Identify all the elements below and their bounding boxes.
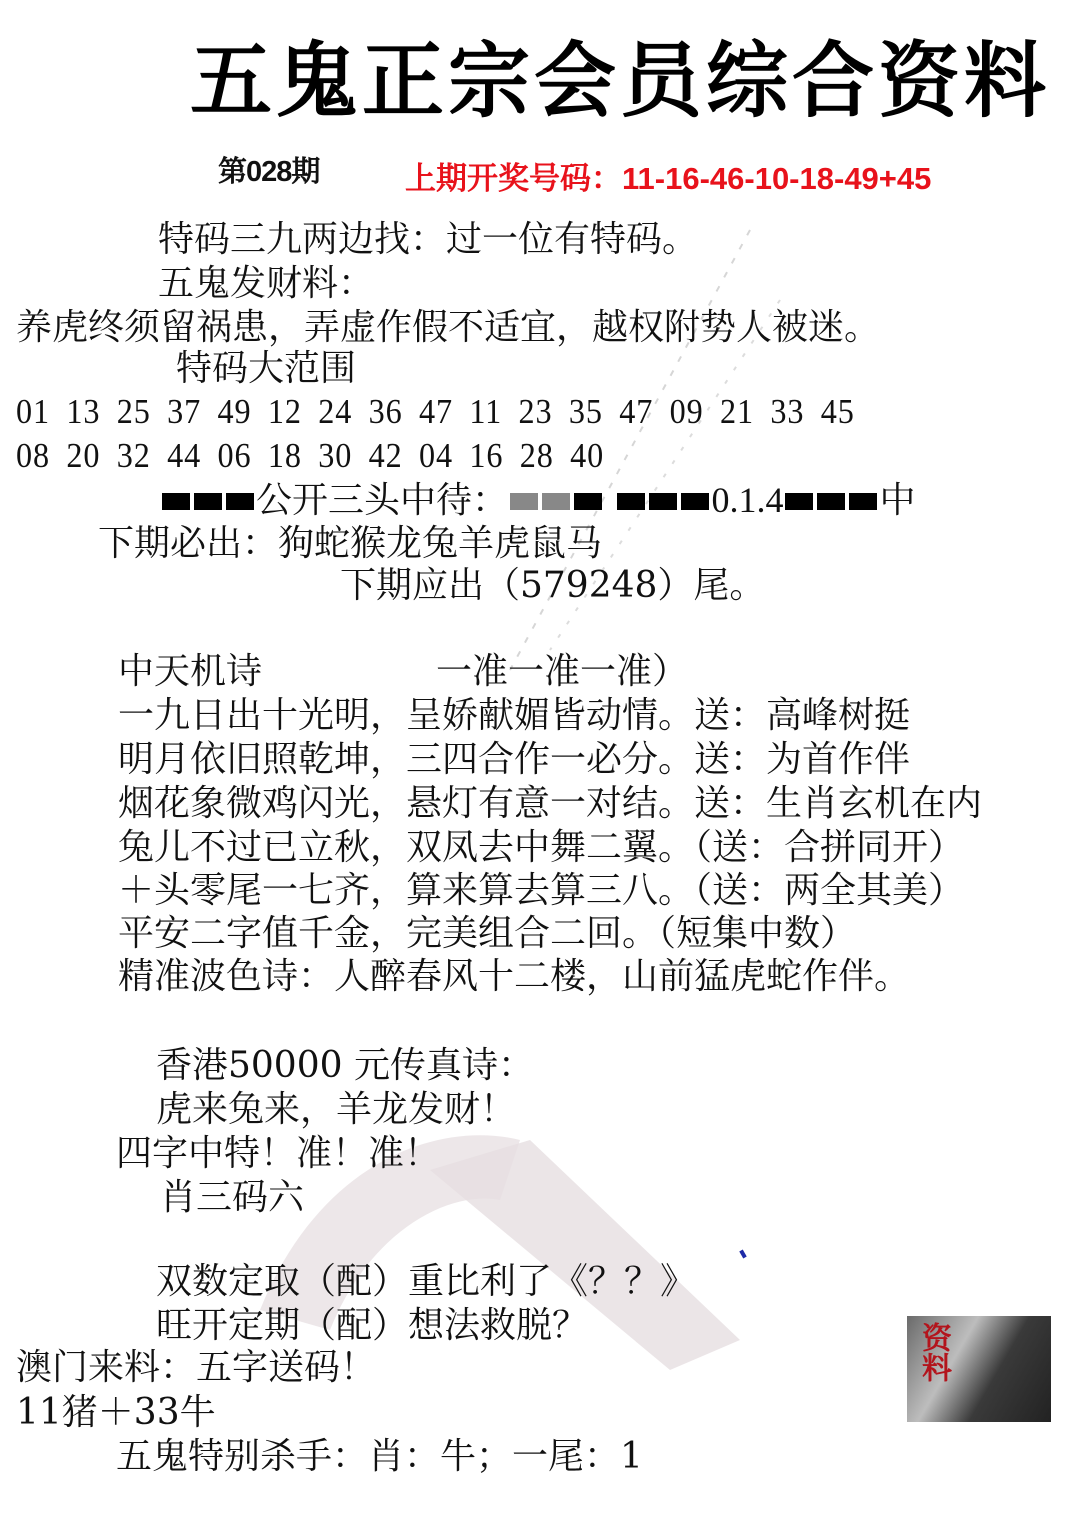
fortune-poem: 养虎终须留祸患，弄虚作假不适宜，越权附势人被迷。 xyxy=(16,310,880,346)
poem-line: 明月依旧照乾坤，三四合作一必分。送：为首作伴 xyxy=(118,742,910,778)
killer-hint: 五鬼特别杀手：肖：牛；一尾：1 xyxy=(116,1439,643,1475)
poem-title: 中天机诗 xyxy=(118,654,262,690)
hk-fax-claim: 四字中特！准！准！ xyxy=(116,1136,440,1172)
pairs-line-1: 双数定取（配）重比利了《？？》 xyxy=(156,1264,696,1300)
mask-block xyxy=(574,493,602,510)
three-heads-value: 0.1.4 xyxy=(711,480,783,520)
mask-block xyxy=(785,493,813,510)
fortune-heading: 五鬼发财料： xyxy=(158,266,374,302)
range-heading: 特码大范围 xyxy=(176,351,356,387)
mask-block xyxy=(617,493,645,510)
three-heads-line: 公开三头中待： 0.1.4中 xyxy=(160,482,915,519)
mask-block xyxy=(510,493,538,510)
mask-block xyxy=(194,493,222,510)
pairs-line-2: 旺开定期（配）想法救脱？ xyxy=(156,1308,588,1344)
issue-number: 第028期 xyxy=(218,158,319,187)
mask-block xyxy=(817,493,845,510)
mask-block xyxy=(849,493,877,510)
page-title: 五鬼正宗会员综合资料 xyxy=(190,40,1050,122)
three-heads-suffix: 中 xyxy=(879,480,915,521)
mask-block xyxy=(226,493,254,510)
three-heads-label: 公开三头中待： xyxy=(256,480,508,521)
last-draw: 上期开奖号码：11-16-46-10-18-49+45 xyxy=(405,163,931,194)
mask-block xyxy=(542,493,570,510)
range-numbers-row-1: 01 13 25 37 49 12 24 36 47 11 23 35 47 0… xyxy=(16,394,855,429)
mask-block xyxy=(681,493,709,510)
blue-mark xyxy=(739,1250,746,1259)
poem-line: 精准波色诗：人醉春风十二楼，山前猛虎蛇作伴。 xyxy=(118,959,910,995)
thumbnail-image: 资料 xyxy=(907,1316,1051,1422)
thumbnail-label: 资料 xyxy=(917,1322,949,1382)
special-code-hint: 特码三九两边找：过一位有特码。 xyxy=(158,222,698,258)
mask-block xyxy=(162,493,190,510)
last-draw-label: 上期开奖号码： xyxy=(405,161,622,196)
hk-fax-codes: 肖三码六 xyxy=(160,1180,304,1216)
poem-line: 兔儿不过已立秋，双凤去中舞二翼。（送：合拼同开） xyxy=(118,830,964,866)
macau-heading: 澳门来料：五字送码！ xyxy=(16,1350,376,1386)
poem-line: 一九日出十光明，呈娇献媚皆动情。送：高峰树挺 xyxy=(118,698,910,734)
poem-line: 平安二字值千金，完美组合二回。（短集中数） xyxy=(118,916,856,952)
macau-codes: 11猪＋33牛 xyxy=(16,1395,216,1431)
poem-title-note: 一准一准一准） xyxy=(436,654,688,690)
hk-fax-poem: 虎来兔来，羊龙发财！ xyxy=(156,1092,516,1128)
next-zodiac: 下期必出：狗蛇猴龙兔羊虎鼠马 xyxy=(98,526,602,562)
hk-fax-heading: 香港50000 元传真诗： xyxy=(156,1048,534,1084)
mask-block xyxy=(649,493,677,510)
poem-line: ＋头零尾一七齐，算来算去算三八。（送：两全其美） xyxy=(118,873,964,909)
range-numbers-row-2: 08 20 32 44 06 18 30 42 04 16 28 40 xyxy=(16,438,604,473)
last-draw-numbers: 11-16-46-10-18-49+45 xyxy=(622,161,931,196)
poem-line: 烟花象微鸡闪光，悬灯有意一对结。送：生肖玄机在内 xyxy=(118,786,982,822)
next-tail: 下期应出（579248）尾。 xyxy=(340,568,765,604)
